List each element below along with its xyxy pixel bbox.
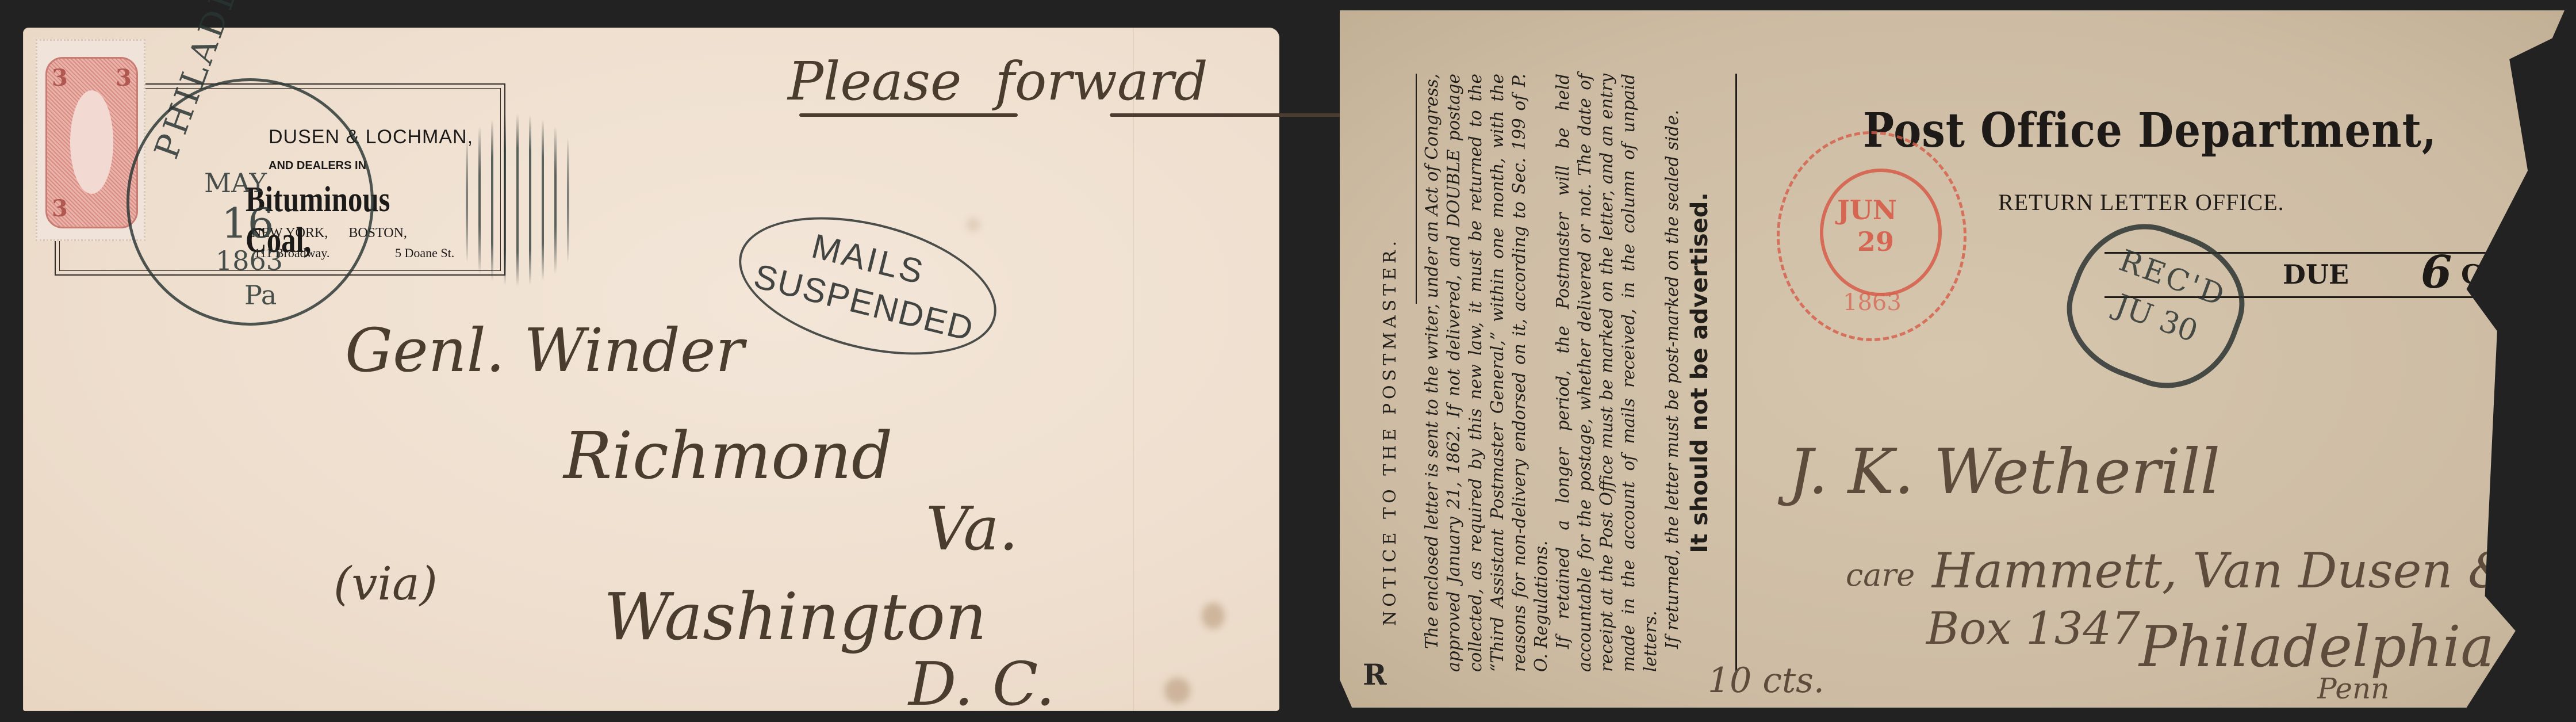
foxing-spot (966, 217, 980, 232)
foxing-spot (1202, 603, 1225, 629)
notice-to-postmaster: NOTICE TO THE POSTMASTER. The enclosed l… (1380, 74, 1713, 672)
addressee-name: J. K. Wetherill (1788, 436, 2220, 508)
philadelphia-postmark: PHILADELPHIA MAY 16 1863 Pa (126, 78, 374, 326)
cover-front-mails-suspended: DUSEN & LOCHMAN, AND DEALERS IN Bitumino… (23, 28, 1279, 711)
postmark-month: MAY (204, 167, 267, 198)
address-state: Penn (2317, 672, 2389, 705)
red-postmark: JUN 29 1863 (1777, 131, 1966, 341)
red-postmark-year: 1863 (1843, 289, 1902, 316)
stamp-engraving: 3 3 3 (45, 57, 138, 228)
washington-portrait-icon (70, 90, 113, 194)
address-route-state: D. C. (908, 649, 1055, 719)
grid-cancel (466, 114, 569, 286)
please-forward-endorsement: Please forward (788, 51, 1208, 112)
address-firm: Hammett, Van Dusen & (1932, 543, 2511, 599)
rate-notation: 10 cts. (1708, 660, 1824, 701)
panel-divider (1735, 74, 1737, 675)
address-state: Va. (926, 494, 1018, 564)
r-corner-mark: R (1363, 658, 1387, 692)
foxing-spot (1164, 678, 1190, 704)
notice-title: NOTICE TO THE POSTMASTER. (1380, 74, 1400, 626)
stamp-denomination: 3 (116, 64, 132, 91)
address-box: Box 1347 (1926, 603, 2140, 655)
return-letter-office-cover: NOTICE TO THE POSTMASTER. The enclosed l… (1340, 10, 2564, 708)
return-letter-office-subtitle: RETURN LETTER OFFICE. (1998, 189, 2284, 216)
address-care: care (1846, 557, 1915, 593)
due-label: DUE (2283, 259, 2349, 290)
notice-paragraph: If retained a longer period, the Postmas… (1552, 74, 1661, 672)
address-city: Richmond (563, 419, 892, 494)
address-via: (via) (333, 557, 438, 610)
post-office-department-title: Post Office Department, (1863, 102, 2437, 158)
notice-body: The enclosed letter is sent to the write… (1421, 74, 1683, 672)
stamp-denomination: 3 (52, 195, 68, 222)
corner-card-address-boston: 5 Doane St. (395, 246, 454, 261)
notice-rule (1416, 74, 1417, 304)
notice-paragraph: The enclosed letter is sent to the write… (1421, 74, 1552, 672)
endorsement-forward: forward (995, 51, 1208, 112)
address-route-city: Washington (604, 580, 987, 655)
postmark-day: 16 (221, 199, 274, 247)
endorsement-please: Please (788, 51, 961, 112)
due-amount: 6 (2421, 246, 2452, 299)
notice-panel: NOTICE TO THE POSTMASTER. The enclosed l… (1340, 10, 1735, 708)
red-postmark-month: JUN (1837, 194, 1897, 226)
postmark-state: Pa (244, 280, 277, 311)
postmark-year: 1863 (216, 245, 283, 276)
postmark-town: PHILADELPHIA (147, 0, 291, 163)
received-handstamp: REC'D JU 30 (2049, 204, 2263, 408)
address-city: Philadelphia (2139, 614, 2494, 680)
addressee-name: Genl. Winder (345, 315, 744, 385)
fold-crease (1133, 28, 1134, 711)
underline (799, 113, 1018, 117)
stamp-denomination: 3 (52, 64, 68, 91)
notice-paragraph: If returned, the letter must be post-mar… (1661, 74, 1683, 672)
due-unit: CENTS. (2461, 259, 2574, 290)
notice-warning: It should not be advertised. (1686, 74, 1713, 672)
underline (1110, 113, 1351, 117)
red-postmark-day: 29 (1857, 226, 1894, 257)
